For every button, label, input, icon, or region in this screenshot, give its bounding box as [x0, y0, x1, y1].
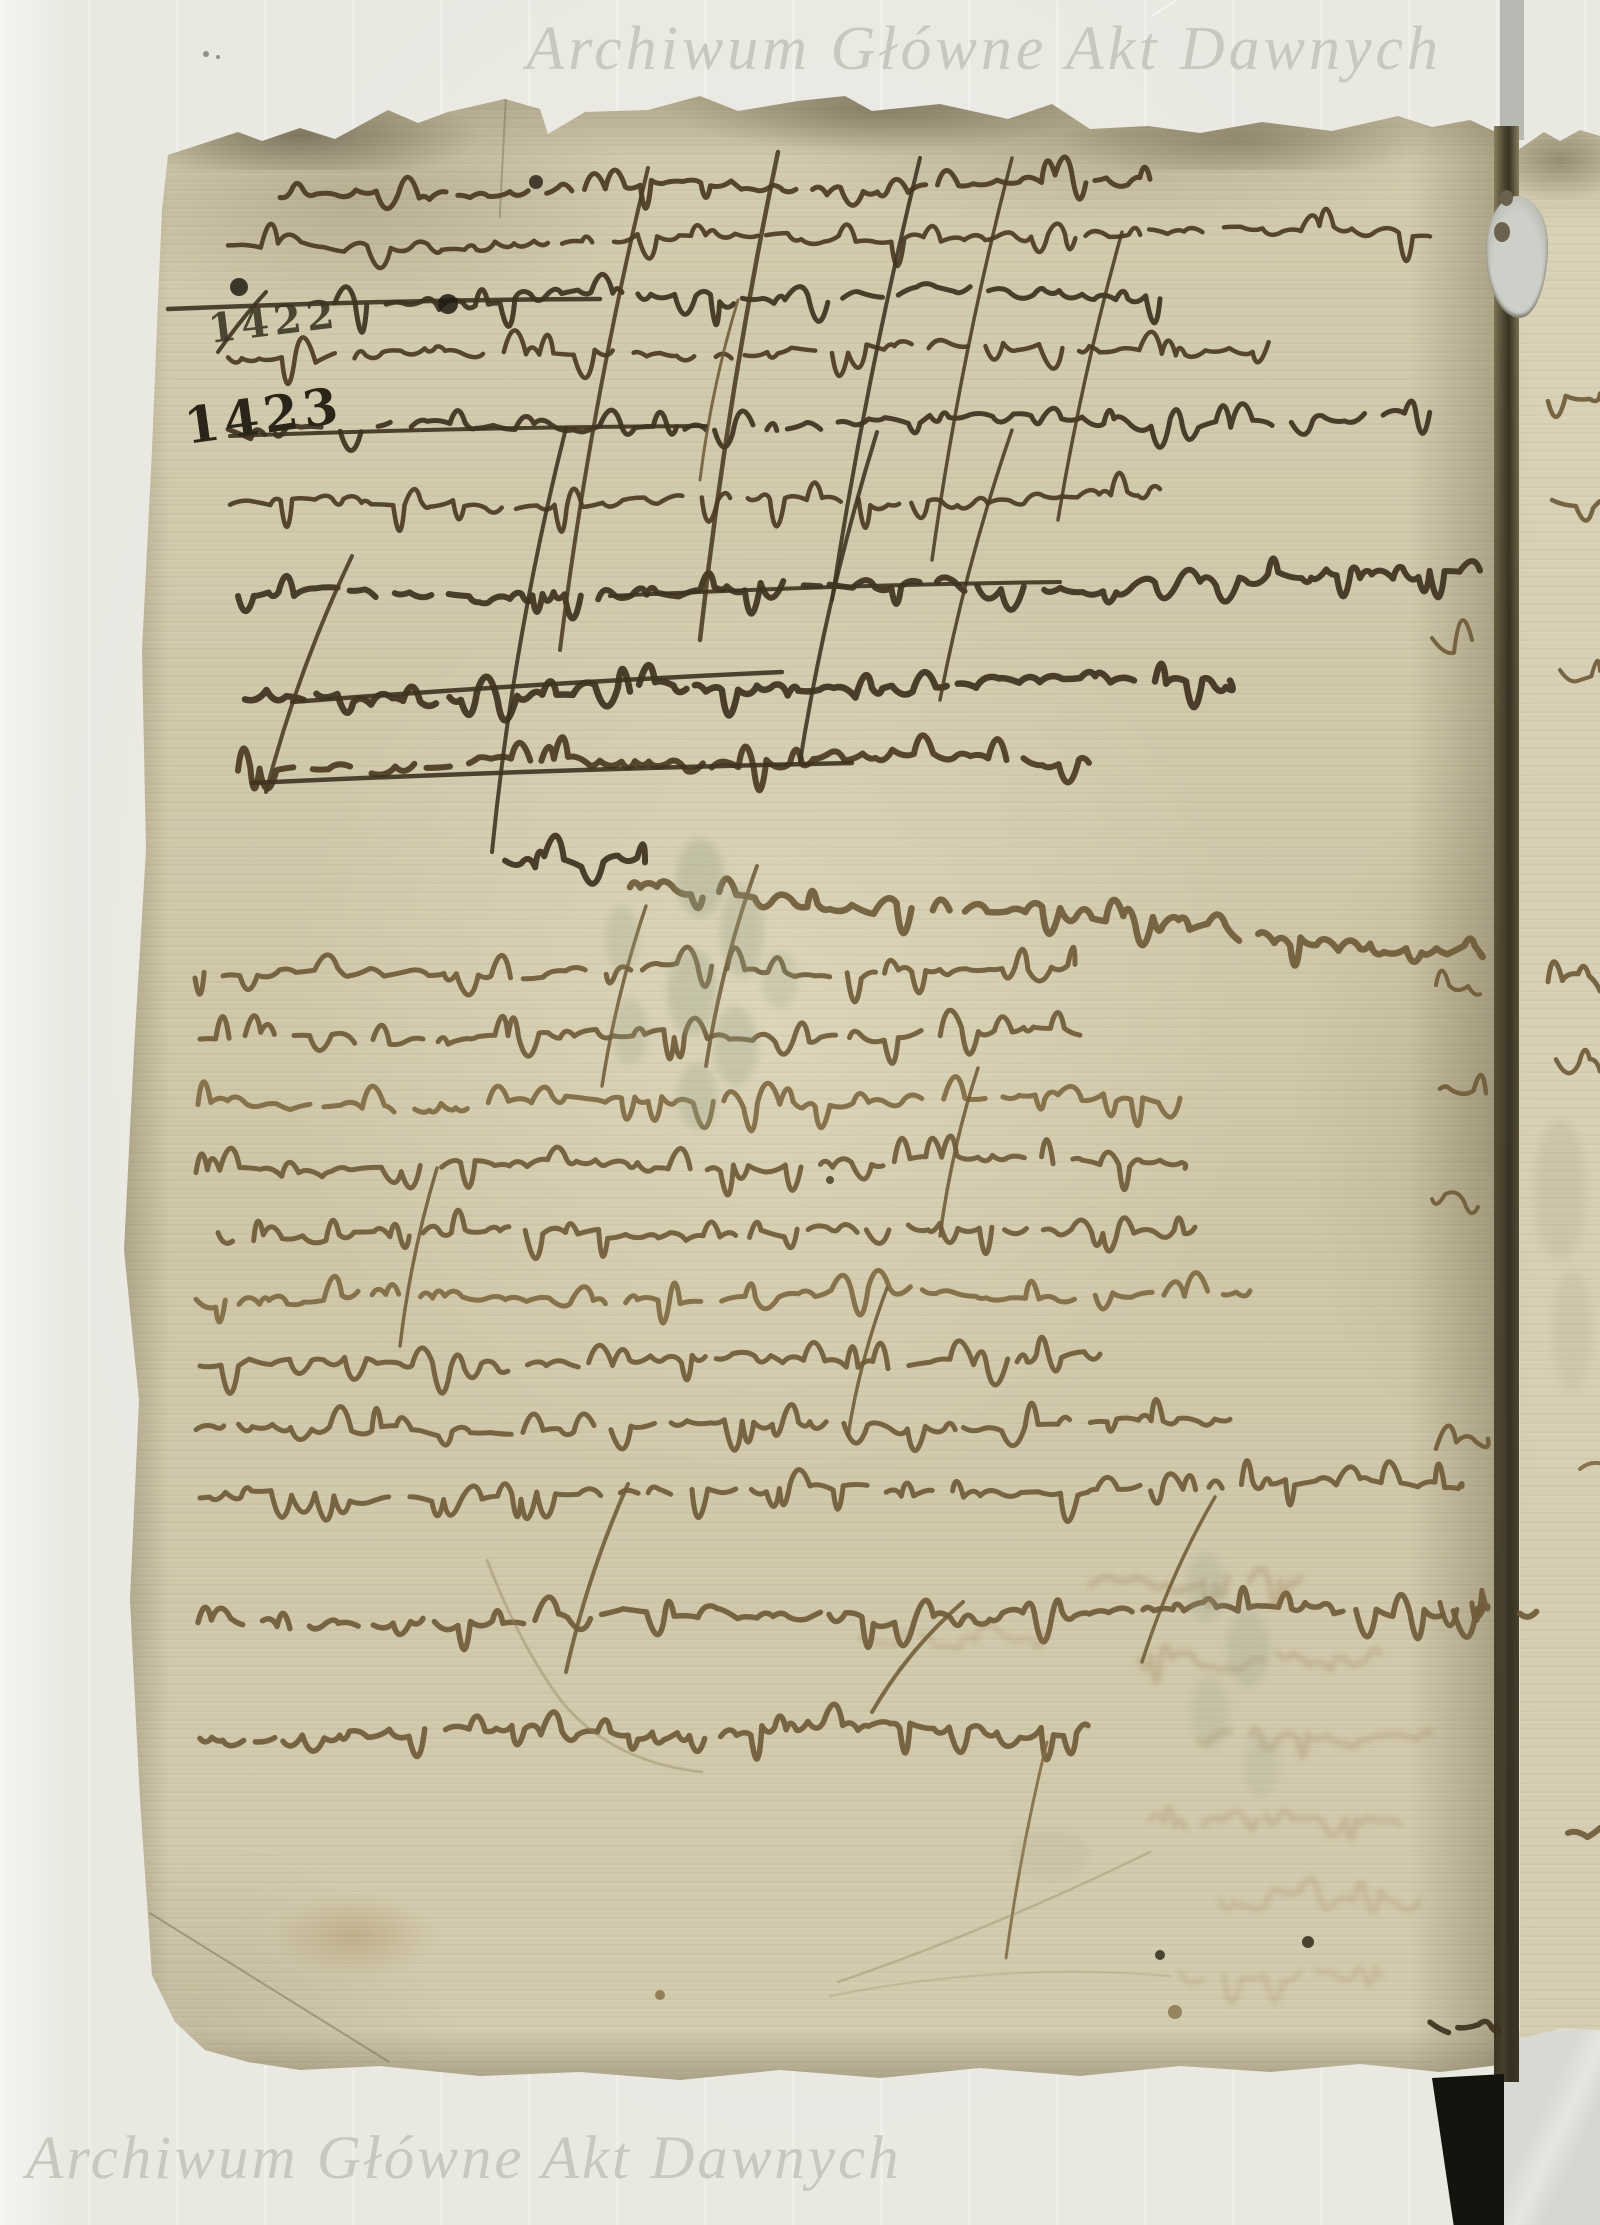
stamp-ghost-mark: [1244, 1734, 1280, 1798]
script-line-entry1: [228, 209, 1430, 268]
stamp-ghost-mark: [1190, 1676, 1230, 1748]
pen-flourish: [1058, 232, 1122, 520]
script-line-entry2: [196, 1136, 1186, 1195]
script-margin-fragment: [1430, 2021, 1498, 2032]
script-facing-page-fragment: [1580, 1463, 1600, 1469]
ink-speck: [203, 51, 209, 57]
stamp-ghost-mark: [714, 1006, 758, 1086]
script-line-entry1: [280, 157, 1150, 209]
ink-speck: [655, 1990, 665, 2000]
pen-flourish: [566, 1484, 628, 1672]
script-margin-fragment: [1436, 971, 1480, 995]
stamp-ghost-mark: [612, 998, 648, 1066]
stamp-ghost-mark: [667, 948, 717, 1036]
ink-speck: [1168, 2005, 1182, 2019]
stamp-ghost-mark: [720, 886, 764, 978]
script-line-entry2: [200, 1461, 1462, 1522]
script-line-entry2: [200, 1337, 1100, 1393]
stamp-ghost-mark: [1552, 1270, 1592, 1390]
script-line-entry2: [200, 1704, 1088, 1759]
ink-speck: [1302, 1936, 1314, 1948]
script-line-entry1: [505, 836, 645, 884]
stamp-ghost-mark: [677, 1062, 717, 1130]
script-facing-page-fragment: [1560, 661, 1600, 682]
script-line-entry1: [238, 735, 1089, 790]
stamp-ghost-mark: [762, 950, 798, 1010]
script-line-entry1: [230, 473, 1160, 532]
script-facing-page-fragment: [1568, 1828, 1600, 1837]
pen-flourish: [492, 428, 566, 852]
script-margin-fragment: [1440, 1075, 1486, 1094]
ink-speck: [529, 175, 543, 189]
pen-flourish: [940, 430, 1012, 700]
script-margin-fragment: [1440, 1590, 1488, 1625]
manuscript-scan: Archiwum Główne Akt Dawnych 1422 1423 Ar…: [0, 0, 1600, 2225]
ink-bleedthrough: [1180, 1968, 1381, 2004]
script-facing-page-fragment: [1520, 1612, 1536, 1617]
pen-flourish: [400, 1168, 437, 1346]
stamp-ghost-mark: [605, 906, 639, 970]
stamp-ghost-mark: [1534, 1120, 1586, 1260]
stamp-ghost-mark: [1186, 1552, 1226, 1624]
script-margin-fragment: [1432, 620, 1472, 653]
script-line-entry2: [198, 1588, 1484, 1650]
script-line-entry1: [228, 401, 1430, 450]
script-line-entry1: [228, 330, 1269, 384]
stamp-ghost-mark: [1226, 1608, 1270, 1688]
archive-watermark-bottom: Archiwum Główne Akt Dawnych: [26, 2124, 902, 2194]
ink-speck: [230, 278, 248, 296]
script-facing-page-fragment: [1556, 1050, 1600, 1073]
ink-bleedthrough: [1220, 1879, 1419, 1912]
script-facing-page-fragment: [1548, 962, 1600, 991]
script-line-entry2: [218, 1210, 1195, 1258]
script-margin-fragment: [1432, 1192, 1478, 1213]
script-margin-fragment: [1436, 1426, 1488, 1449]
ink-speck: [438, 294, 458, 314]
archive-watermark-top: Archiwum Główne Akt Dawnych: [526, 14, 1442, 85]
script-facing-page-fragment: [1548, 394, 1600, 417]
script-line-entry1: [238, 558, 1480, 618]
script-facing-page-fragment: [1552, 500, 1600, 521]
ink-speck: [826, 1176, 834, 1184]
faint-pen-trail: [838, 1852, 1150, 1982]
script-line-entry2: [196, 1270, 1250, 1323]
faint-pen-trail: [830, 1972, 1170, 1996]
ink-speck: [216, 55, 220, 59]
ink-bleedthrough: [1150, 1808, 1400, 1838]
pen-flourish: [800, 432, 877, 762]
ink-bleedthrough: [1200, 1729, 1430, 1757]
ink-speck: [1155, 1950, 1165, 1960]
stamp-ghost-mark: [1010, 1829, 1090, 1881]
stamp-ghost-mark: [676, 838, 724, 918]
pen-flourish: [700, 152, 778, 640]
script-line-entry2: [196, 1400, 1230, 1451]
